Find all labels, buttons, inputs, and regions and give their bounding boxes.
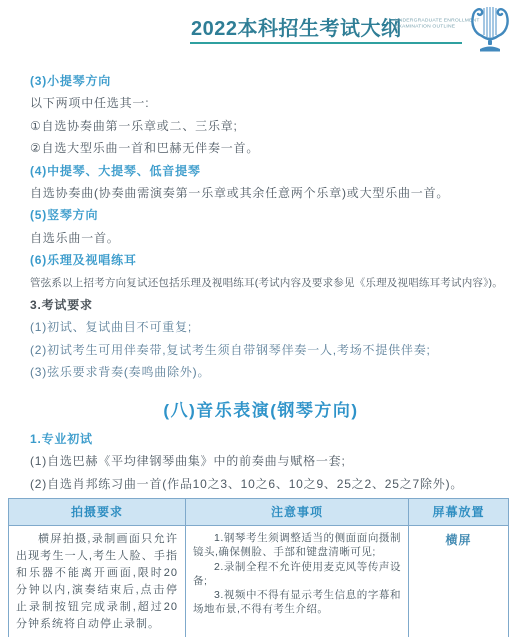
section-heading-piano-performance: (八)音乐表演(钢琴方向)	[30, 396, 492, 421]
heading-music-theory-eartraining: (6)乐理及视唱练耳	[30, 249, 492, 271]
table-header-row: 拍摄要求 注意事项 屏幕放置	[9, 498, 509, 525]
heading-violin-direction: (3)小提琴方向	[30, 70, 492, 92]
body-line-option-2: ②自选大型乐曲一首和巴赫无伴奏一首。	[30, 137, 492, 159]
page-header: 2022本科招生考试大纲 UNDERGRADUATE ENROLLMENT EX…	[0, 0, 516, 66]
note-item-3: 3.视频中不得有显示考生信息的字幕和场地布景,不得有考生介绍。	[193, 588, 401, 617]
column-header-shooting-requirements: 拍摄要求	[9, 498, 186, 525]
shooting-requirements-cell: 横屏拍摄,录制画面只允许出现考生一人,考生人脸、手指和乐器不能离开画面,限时20…	[9, 525, 186, 637]
body-line-chopin: (2)自选肖邦练习曲一首(作品10之3、10之6、10之9、25之2、25之7除…	[30, 473, 492, 495]
body-line: 自选乐曲一首。	[30, 227, 492, 249]
requirement-item-2: (2)初试考生可用伴奏带,复试考生须自带钢琴伴奏一人,考场不提供伴奏;	[30, 339, 492, 361]
body-line: 自选协奏曲(协奏曲需演奏第一乐章或其余任意两个乐章)或大型乐曲一首。	[30, 182, 492, 204]
heading-viola-cello-bass: (4)中提琴、大提琴、低音提琴	[30, 160, 492, 182]
requirement-item-1: (1)初试、复试曲目不可重复;	[30, 316, 492, 338]
note-item-1: 1.钢琴考生须调整适当的侧面面向摄制镜头,确保侧脸、手部和键盘清晰可见;	[193, 531, 401, 560]
body-line-bach: (1)自选巴赫《平均律钢琴曲集》中的前奏曲与赋格一套;	[30, 450, 492, 472]
shooting-requirements-text: 横屏拍摄,录制画面只允许出现考生一人,考生人脸、手指和乐器不能离开画面,限时20…	[16, 531, 178, 633]
table-row: 横屏拍摄,录制画面只允许出现考生一人,考生人脸、手指和乐器不能离开画面,限时20…	[9, 525, 509, 637]
screen-orientation-cell: 横屏	[409, 525, 509, 637]
column-header-notes: 注意事项	[186, 498, 409, 525]
body-line-option-1: ①自选协奏曲第一乐章或二、三乐章;	[30, 115, 492, 137]
document-title: 2022本科招生考试大纲	[191, 12, 402, 41]
heading-exam-requirements: 3.考试要求	[30, 294, 492, 316]
note-item-2: 2.录制全程不允许使用麦克风等传声设备;	[193, 560, 401, 589]
heading-harp-direction: (5)竖琴方向	[30, 204, 492, 226]
requirement-item-3: (3)弦乐要求背奏(奏鸣曲除外)。	[30, 361, 492, 383]
column-header-screen-placement: 屏幕放置	[409, 498, 509, 525]
document-body: (3)小提琴方向 以下两项中任选其一: ①自选协奏曲第一乐章或二、三乐章; ②自…	[30, 70, 492, 495]
recording-requirements-table: 拍摄要求 注意事项 屏幕放置 横屏拍摄,录制画面只允许出现考生一人,考生人脸、手…	[8, 498, 509, 637]
header-divider	[190, 42, 462, 44]
lyre-icon	[468, 4, 512, 52]
body-line: 管弦系以上招考方向复试还包括乐理及视唱练耳(考试内容及要求参见《乐理及视唱练耳考…	[30, 272, 492, 294]
body-line: 以下两项中任选其一:	[30, 92, 492, 114]
document-subtitle: UNDERGRADUATE ENROLLMENT EXAMINATION OUT…	[395, 17, 469, 29]
subtitle-line-2: EXAMINATION OUTLINE	[395, 23, 469, 29]
document-page: 2022本科招生考试大纲 UNDERGRADUATE ENROLLMENT EX…	[0, 0, 516, 637]
notes-cell: 1.钢琴考生须调整适当的侧面面向摄制镜头,确保侧脸、手部和键盘清晰可见; 2.录…	[186, 525, 409, 637]
heading-preliminary-exam: 1.专业初试	[30, 428, 492, 450]
